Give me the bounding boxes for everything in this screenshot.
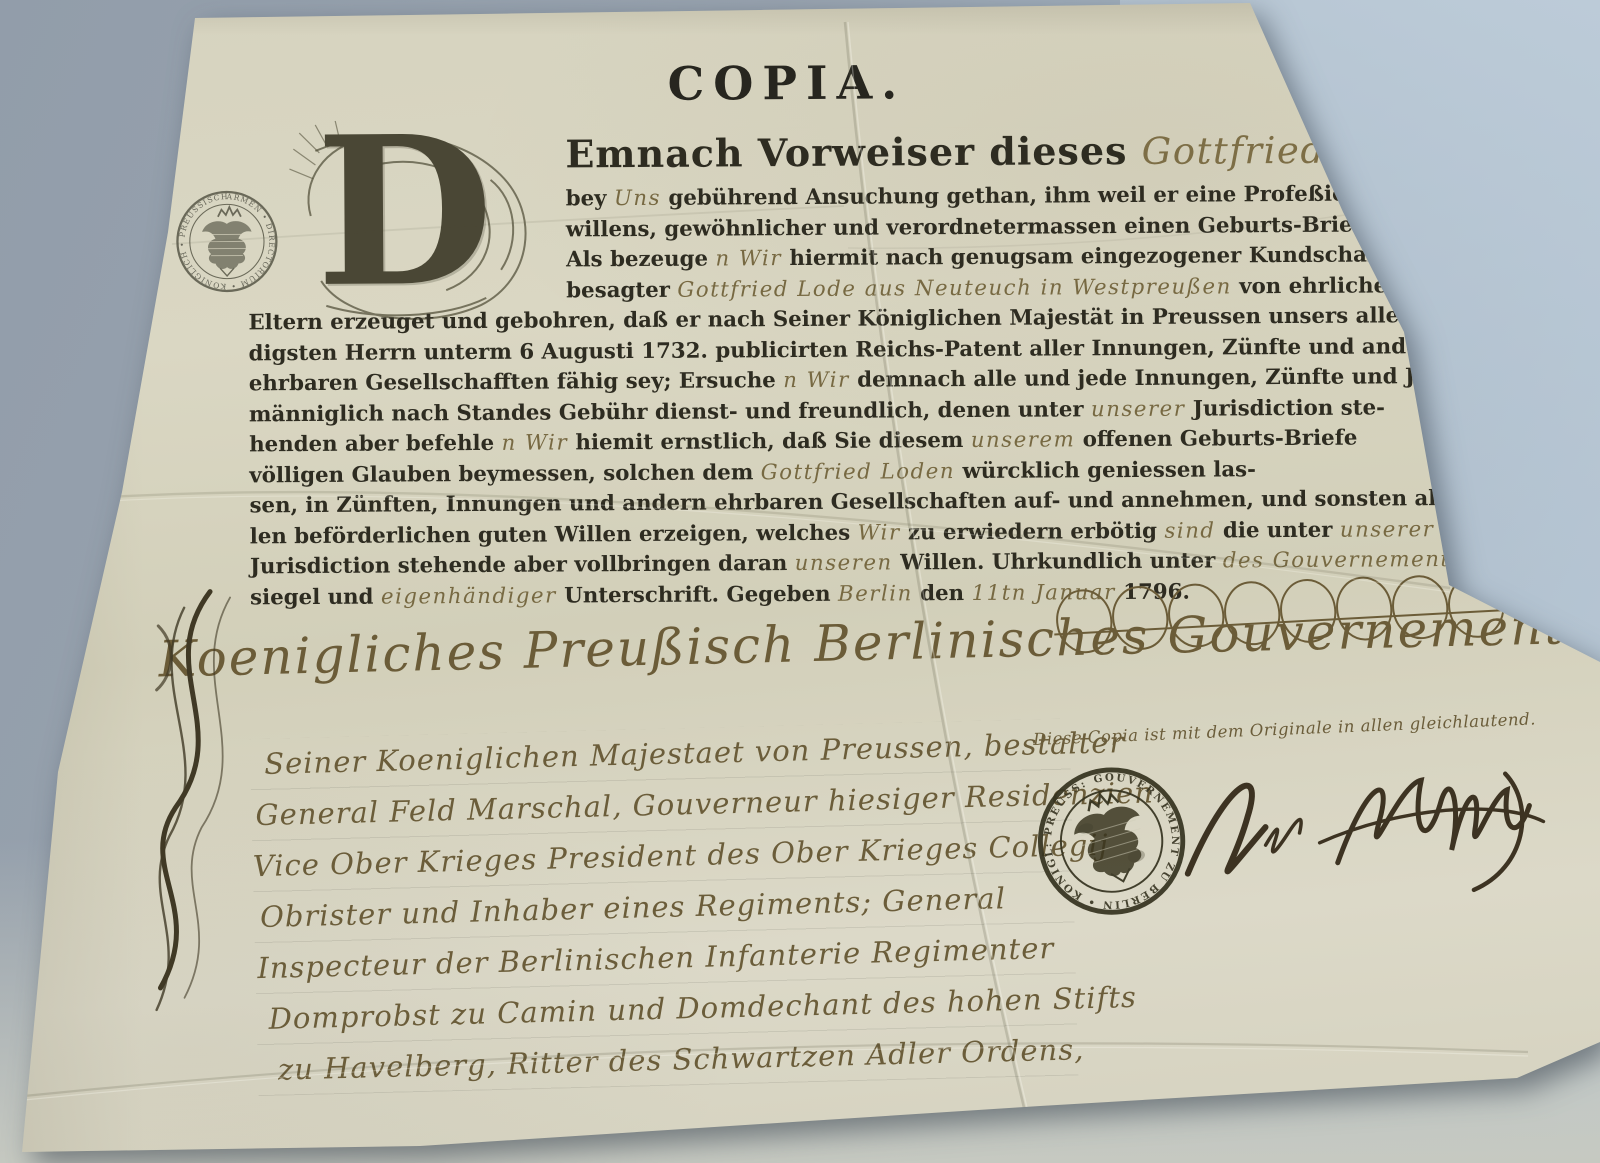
- printed-text: hiermit nach genugsam eingezogener Kunds…: [789, 241, 1550, 271]
- printed-text: männiglich nach Standes Gebühr dienst- u…: [249, 397, 1084, 427]
- paper-sheet: COPIA. ARMEN • DIRECTORIUM • KÖNIGLICH •…: [0, 0, 1600, 1163]
- handwritten-insertion: Gottfried Lode aus Neuteuch in Westpreuß…: [677, 274, 1232, 302]
- handwritten-insertion: n Wir: [715, 246, 782, 271]
- printed-text: Jurisdiction ste-: [1193, 395, 1385, 421]
- body-text: Emnach Vorweiser dieses Gottfried Lodenb…: [247, 120, 1410, 613]
- handwritten-insertion: unserer: [1091, 396, 1186, 422]
- printed-text: Als bezeuge: [566, 247, 708, 273]
- printed-text: sen, in Zünften, Innungen und andern ehr…: [249, 486, 1445, 518]
- handwritten-titles-block: Seiner Koeniglichen Majestaet von Preuss…: [250, 719, 1079, 1097]
- body-line: bey Uns gebührend Ansuchung gethan, ihm …: [566, 179, 1408, 215]
- handwritten-insertion: Berlin: [838, 581, 913, 606]
- handwritten-insertion: eigenhändiger: [381, 583, 557, 609]
- printed-text: digsten Herrn unterm 6 Augusti 1732. pub…: [249, 333, 1456, 365]
- printed-text: ehrbaren Gesellschafften fähig sey; Ersu…: [249, 368, 776, 396]
- pen-loop-flourish-icon: [1052, 574, 1523, 672]
- printed-text: Eltern erzeuget und gebohren, daß er nac…: [248, 303, 1463, 335]
- printed-text: die unter: [1223, 517, 1333, 543]
- printed-text: Willen. Uhrkundlich unter: [900, 548, 1215, 575]
- handwritten-insertion: unseren: [795, 550, 893, 576]
- handwritten-insertion: n Wir: [502, 430, 569, 455]
- printed-text: demnach alle und jede Innungen, Zünfte u…: [857, 364, 1477, 393]
- document-content: COPIA. ARMEN • DIRECTORIUM • KÖNIGLICH •…: [0, 0, 1600, 1163]
- printed-text: offenen Geburts-Briefe: [1083, 426, 1358, 453]
- handwritten-insertion: n Wir: [783, 368, 850, 393]
- printed-text: völligen Glauben beymessen, solchen dem: [249, 460, 753, 488]
- handwritten-insertion: sind: [1164, 518, 1215, 543]
- printed-text: von ehrlichen und solchen: [1239, 272, 1555, 299]
- printed-text: Jurisdiction stehende aber vollbringen d…: [250, 551, 788, 579]
- handwritten-insertion: Gottfried Loden: [761, 459, 955, 485]
- printed-text: hiemit ernstlich, daß Sie diesem: [575, 428, 963, 455]
- printed-text: Unterschrift. Gegeben: [564, 581, 831, 608]
- printed-text: würcklich geniessen las-: [962, 457, 1256, 484]
- printed-text: bey: [566, 186, 607, 211]
- body-line: Als bezeuge n Wir hiermit nach genugsam …: [566, 240, 1408, 276]
- handwritten-insertion: unserer: [1340, 517, 1435, 543]
- handwritten-insertion: Wir: [858, 520, 901, 545]
- printed-text: den: [920, 580, 964, 605]
- printed-text: len beförderlichen guten Willen erzeigen…: [250, 520, 851, 549]
- handwritten-insertion: des Gouvernements: [1223, 547, 1463, 573]
- handwritten-insertion: Gottfried Loden: [1142, 128, 1463, 173]
- photo-of-document: { "title": "COPIA.", "seal_top": { "ring…: [0, 0, 1600, 1163]
- document-title: COPIA.: [537, 55, 1037, 112]
- signature-scrawl: [1169, 743, 1560, 920]
- paper-sheet-wrapper: COPIA. ARMEN • DIRECTORIUM • KÖNIGLICH •…: [0, 0, 1600, 1163]
- printed-text: zu erwiedern erbötig: [908, 518, 1157, 545]
- handwritten-insertion: Uns: [614, 186, 661, 211]
- body-line: Emnach Vorweiser dieses Gottfried Loden: [565, 120, 1407, 184]
- printed-text: In-: [1470, 547, 1504, 572]
- printed-text: gebührend Ansuchung gethan, ihm weil er …: [668, 181, 1506, 211]
- handwritten-insertion: unserem: [971, 427, 1076, 453]
- printed-text: Emnach Vorweiser dieses: [565, 128, 1127, 176]
- printed-text: willens, gewöhnlicher und verordnetermas…: [566, 211, 1521, 242]
- printed-text: besagter: [566, 277, 670, 303]
- printed-text: henden aber befehle: [249, 431, 494, 457]
